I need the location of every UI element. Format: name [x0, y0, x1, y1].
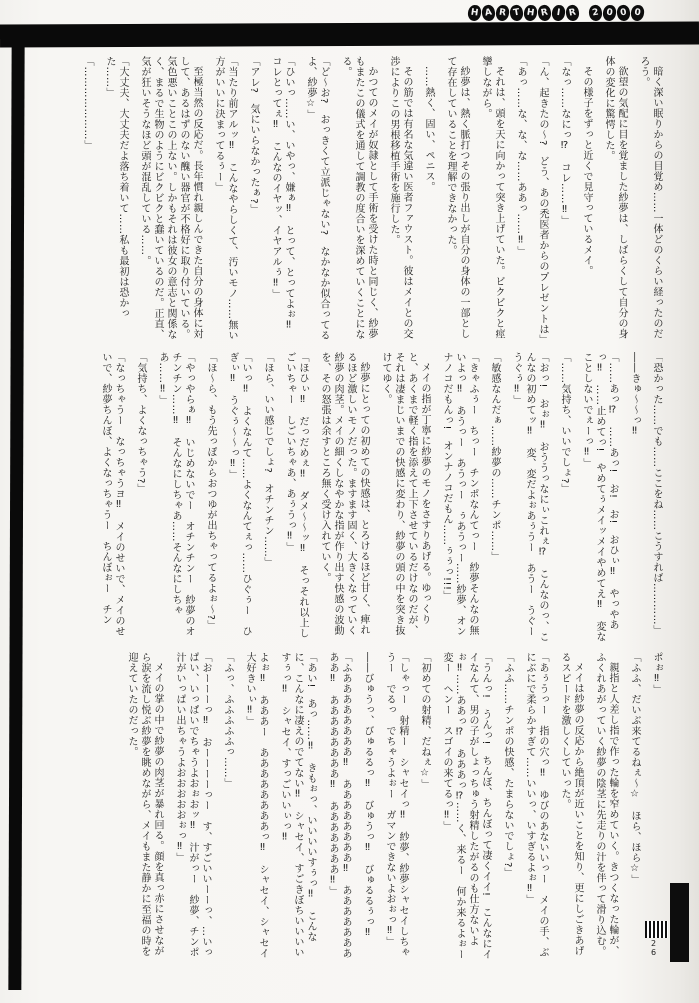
- text-column: 「ほら、いい感じでしょ? オチンチン……」: [261, 352, 274, 642]
- text-column: 「ほひぃ‼ だっだめぇ‼ ダメ～～ッ‼ そっそれ以上しごいちゃー しごいちゃあ、…: [283, 352, 309, 642]
- text-column: よぉ‼ あああー ああああああああっ‼ シャセイ、シャセイ大好きいぃ‼」: [243, 652, 269, 960]
- text-column: 「おーーーっ‼ おーーーーっー す、すごいいーーっ、…いっぱい、いっぱいでちゃう…: [173, 652, 212, 960]
- logo-letter: 0: [630, 4, 645, 22]
- text-column: 「うんっ! うんっ! ちんぼ、ちんぼって凄くイイ! こんなにイイなんて、男の子が…: [440, 652, 492, 960]
- logo-letter: A: [481, 4, 497, 22]
- text-column: 「おっ! おぉ‼ おううっなにぃこれぇ⁉ こんなのっ、こんなの初めてッ‼ 変、変…: [510, 352, 549, 642]
- text-column: 「ふふ……チンポの快感、たまらないでしょ?」: [501, 652, 514, 960]
- page-number: 2 6: [645, 939, 668, 957]
- text-column: 「ど～お? おっきくて立派じゃない? なかなか似合ってるよ、紗夢☆」: [304, 56, 330, 344]
- text-column: 「いっ‼ よくなんて……よくなんてぇっ……ひぐぅー ひぎぃ‼ うぐぅ～～っ‼」: [226, 352, 252, 642]
- logo-letter: 0: [616, 4, 632, 22]
- header-rule-bar: [0, 21, 699, 47]
- text-column: 「ふふ、だいぶ来てるねぇ～☆ ほら、ほら☆」: [628, 652, 641, 960]
- text-column: 「きゃふぅー ちっー チンポなんてっー 紗夢そんなの無いよっ‼ あうっー あうっ…: [440, 352, 479, 642]
- text-column: 「ふっ、ふふふふふっ……」: [221, 652, 234, 960]
- text-column: ……熱く、固い、ペニス。: [422, 56, 435, 344]
- text-column: 「なっちゃうー なっちゃうヨ‼ メイのせいで、メイのせいで、紗夢ちんぼ、よくなっ…: [99, 352, 125, 642]
- text-column: 「恐かった……でも……ここをね……こうすれば…………」: [650, 352, 663, 642]
- text-column: 「……気持ち、いいでしょ?」: [558, 352, 571, 642]
- text-column: 「当たり前アルッ‼ こんなやらしくて、汚いモノ……無い方がいいに決まってるぅー」: [212, 56, 238, 344]
- text-block-middle: 「恐かった……でも……ここをね……こうすれば…………」――きゅ～～っ‼「……あっ…: [90, 352, 663, 642]
- text-column: 「あっ……な、な、な……ああっ……‼」: [514, 56, 527, 344]
- logo-letter: H: [467, 4, 482, 22]
- text-column: 「敏感なんだぁ……紗夢の……チンポ……」: [488, 352, 501, 642]
- text-column: 「ひいっ……い、いやっ、嫌ぁ‼ とって、とってよぉ‼ コレとってぇ‼ こんなのイ…: [269, 56, 295, 344]
- text-column: 「アレ? 気にいらなかったぁ?」: [247, 56, 260, 344]
- text-column: 紗夢は、熱く脈打つその張り出しが自分の身体の一部として存在していることを理解でき…: [444, 56, 470, 344]
- left-edge-bar: [8, 42, 24, 990]
- text-column: それは、頭を天に向かって突き上げていた。ビクビクと痙攣しながら。: [479, 56, 505, 344]
- text-column: 「初めての射精、だねぇ☆」: [418, 652, 431, 960]
- header-logo: HARTHRIR2000: [468, 3, 645, 23]
- text-column: その様子をずっと近くで見守っているメイ。: [580, 56, 593, 344]
- text-column: 「あぅうっー 指の穴っ‼ ゆびのあないいっー メイの手、ぶにぶにで柔らかすぎて……: [523, 652, 549, 960]
- corner-registration-mark: [670, 883, 689, 962]
- text-column: 暗く深い眠りからの目覚め……一体どのくらい経ったのだろう。: [637, 56, 663, 344]
- text-block-top: 暗く深い眠りからの目覚め……一体どのくらい経ったのだろう。欲望の気配に目を覚まし…: [72, 56, 663, 344]
- text-column: 「なっ……なにっ⁉ コレ……‼」: [558, 56, 571, 344]
- text-column: 「あい! あっ……‼ きもぉっ、いいいいすぅっ‼ こんなに、こんなに凄えのでてな…: [278, 652, 317, 960]
- text-column: メイは紗夢の反応から絶頂が近いことを知り、更にしごきあげるスピードを激しくしてい…: [558, 652, 584, 960]
- text-column: ポぉ‼」: [650, 652, 663, 960]
- text-column: 至極当然の反応だ。長年慣れ親しんできた自分の身体に対して、あるはずのない醜い器官…: [138, 56, 203, 344]
- text-column: 「気持ち、よくなっちゃう?」: [134, 352, 147, 642]
- text-column: ――びゅうっ、びゅるるっ‼ びゅうっ‼ びゅるるぅっ‼: [361, 652, 374, 960]
- logo-letter: T: [509, 4, 525, 22]
- text-column: 「……あっ⁉ ……あっ! お! お! おひぃ‼ やっやあっ‼ ……止めてっ! や…: [580, 352, 619, 642]
- logo-letter: 2: [588, 4, 604, 22]
- text-column: 「…………………」: [81, 56, 94, 344]
- text-column: 親指と人差し指で作った輪を窄めていく。きつくなった輪が、ふくれあがっていく紗夢の…: [593, 652, 619, 960]
- logo-letter: R: [565, 4, 581, 22]
- logo-letter: I: [551, 4, 566, 22]
- text-column: 「ん、起きたの～? どう、あの禿医者からのプレゼントは」: [536, 56, 549, 344]
- text-column: メイの掌の中で紗夢の肉茎が暴れ回る。顔を真っ赤にさせながら涙を流し悦ぶ紗夢を眺め…: [125, 652, 164, 960]
- barcode-icon: [645, 921, 668, 938]
- text-column: 「ふああああああああ‼ ああああああああ‼ あああああああああ‼ あああああああ…: [326, 652, 352, 960]
- logo-letter: 0: [602, 4, 617, 22]
- text-column: 紗夢にとっての初めての快感は、とろけるほど甘く、痺れるほど激しいモノだった。ます…: [318, 352, 370, 642]
- logo-letter: R: [495, 4, 510, 22]
- text-column: 「やっやらぁ‼ いじめないでー オチンチンー 紗夢のオチンチン……‼ そんなにし…: [156, 352, 195, 642]
- text-column: 欲望の気配に目を覚ました紗夢は、しばらくして自分の身体の変化に驚愕した。: [602, 56, 628, 344]
- text-column: 「ほ～ら、もう先っぽからおつゆが出ちゃってるよぉ～?」: [204, 352, 217, 642]
- text-column: 「大丈夫、大丈夫だよ落ち着いて……私も最初は恐かった……」: [103, 56, 129, 344]
- text-block-bottom: ポぉ‼」「ふふ、だいぶ来てるねぇ～☆ ほら、ほら☆」親指と人差し指で作った輪を窄…: [116, 652, 663, 960]
- logo-letter: H: [523, 4, 538, 22]
- text-column: ――きゅ～～っ‼: [628, 352, 641, 642]
- logo-letter: R: [537, 4, 553, 22]
- text-column: 「しゃっー 射精ー シャセイっ‼ 紗夢、紗夢シャセイしちゃうー でるっ でちゃう…: [383, 652, 409, 960]
- text-column: かつてのメイが奴隷として手術を受けた時と同じく、紗夢もまたこの儀式を通して調教の…: [339, 56, 378, 344]
- scanned-page: HARTHRIR2000 暗く深い眠りからの目覚め……一体どのくらい経ったのだろ…: [0, 0, 699, 1003]
- text-column: メイの指が丁寧に紗夢のモノをさすりあげる。ゆっくりと、あくまで軽く指を添えて上下…: [379, 352, 431, 642]
- text-column: その筋では有名な気違い医者ファウスト。彼はメイとの交渉によりこの男根移植手術を施…: [387, 56, 413, 344]
